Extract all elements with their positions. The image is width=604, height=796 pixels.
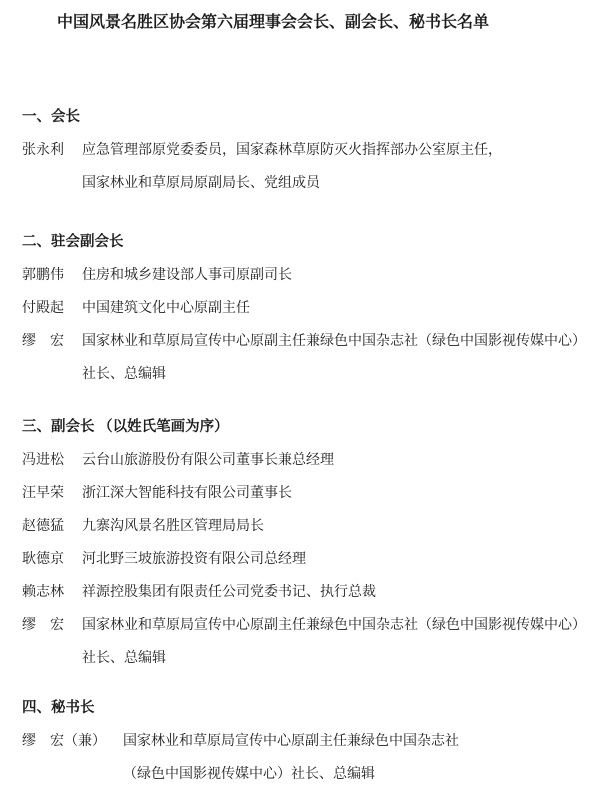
person-name: 缪 宏 xyxy=(22,325,82,391)
position-line: 社长、总编辑 xyxy=(82,642,586,675)
person-position: 祥源控股集团有限责任公司党委书记、执行总裁 xyxy=(82,576,376,609)
position-line: 祥源控股集团有限责任公司党委书记、执行总裁 xyxy=(82,576,376,609)
position-line: 国家林业和草原局宣传中心原副主任兼绿色中国杂志社 xyxy=(123,725,459,758)
section-vice-presidents: 三、副会长 （以姓氏笔画为序） 冯进松 云台山旅游股份有限公司董事长兼总经理 汪… xyxy=(22,411,577,675)
person-name: 赖志林 xyxy=(22,576,82,609)
section-vice-presidents-heading: 三、副会长 （以姓氏笔画为序） xyxy=(22,411,577,444)
entry-row: 赵德猛 九寨沟风景名胜区管理局局长 xyxy=(22,510,577,543)
person-name: 缪 宏 xyxy=(22,609,82,675)
position-line: 应急管理部原党委委员，国家森林草原防灭火指挥部办公室原主任， xyxy=(82,134,502,167)
position-line: 浙江深大智能科技有限公司董事长 xyxy=(82,477,292,510)
person-position: 河北野三坡旅游投资有限公司总经理 xyxy=(82,543,306,576)
section-president-heading: 一、会长 xyxy=(22,101,577,134)
person-position: 云台山旅游股份有限公司董事长兼总经理 xyxy=(82,444,334,477)
position-line: 河北野三坡旅游投资有限公司总经理 xyxy=(82,543,306,576)
entry-row: 汪早荣 浙江深大智能科技有限公司董事长 xyxy=(22,477,577,510)
position-line: 中国建筑文化中心原副主任 xyxy=(82,292,250,325)
person-name: 付殿起 xyxy=(22,292,82,325)
person-name: 冯进松 xyxy=(22,444,82,477)
entry-row: 缪 宏 国家林业和草原局宣传中心原副主任兼绿色中国杂志社（绿色中国影视传媒中心）… xyxy=(22,609,577,675)
entry-row: 付殿起 中国建筑文化中心原副主任 xyxy=(22,292,577,325)
person-position: 住房和城乡建设部人事司原副司长 xyxy=(82,259,292,292)
entry-row: 郭鹏伟 住房和城乡建设部人事司原副司长 xyxy=(22,259,577,292)
document-page: 中国风景名胜区协会第六届理事会会长、副会长、秘书长名单 一、会长 张永利 应急管… xyxy=(0,0,604,791)
person-position: 国家林业和草原局宣传中心原副主任兼绿色中国杂志社（绿色中国影视传媒中心） 社长、… xyxy=(82,325,586,391)
entry-row: 张永利 应急管理部原党委委员，国家森林草原防灭火指挥部办公室原主任， 国家林业和… xyxy=(22,134,577,200)
entry-row: 缪 宏（兼） 国家林业和草原局宣传中心原副主任兼绿色中国杂志社 （绿色中国影视传… xyxy=(22,725,577,791)
person-name: 缪 宏（兼） xyxy=(22,725,123,791)
person-position: 应急管理部原党委委员，国家森林草原防灭火指挥部办公室原主任， 国家林业和草原局原… xyxy=(82,134,502,200)
document-title: 中国风景名胜区协会第六届理事会会长、副会长、秘书长名单 xyxy=(22,6,524,39)
position-line: 住房和城乡建设部人事司原副司长 xyxy=(82,259,292,292)
entry-row: 缪 宏 国家林业和草原局宣传中心原副主任兼绿色中国杂志社（绿色中国影视传媒中心）… xyxy=(22,325,577,391)
person-name: 赵德猛 xyxy=(22,510,82,543)
person-position: 浙江深大智能科技有限公司董事长 xyxy=(82,477,292,510)
person-name: 张永利 xyxy=(22,134,82,200)
person-position: 国家林业和草原局宣传中心原副主任兼绿色中国杂志社（绿色中国影视传媒中心） 社长、… xyxy=(82,609,586,675)
position-line: 云台山旅游股份有限公司董事长兼总经理 xyxy=(82,444,334,477)
entry-row: 冯进松 云台山旅游股份有限公司董事长兼总经理 xyxy=(22,444,577,477)
position-line: 社长、总编辑 xyxy=(82,358,586,391)
section-resident-vice-presidents-heading: 二、驻会副会长 xyxy=(22,226,577,259)
position-line: 国家林业和草原局宣传中心原副主任兼绿色中国杂志社（绿色中国影视传媒中心） xyxy=(82,325,586,358)
person-position: 国家林业和草原局宣传中心原副主任兼绿色中国杂志社 （绿色中国影视传媒中心）社长、… xyxy=(123,725,459,791)
position-line: （绿色中国影视传媒中心）社长、总编辑 xyxy=(123,758,459,791)
section-secretary-general-heading: 四、秘书长 xyxy=(22,692,577,725)
person-name: 耿德京 xyxy=(22,543,82,576)
person-position: 中国建筑文化中心原副主任 xyxy=(82,292,250,325)
section-resident-vice-presidents: 二、驻会副会长 郭鹏伟 住房和城乡建设部人事司原副司长 付殿起 中国建筑文化中心… xyxy=(22,226,577,391)
section-president: 一、会长 张永利 应急管理部原党委委员，国家森林草原防灭火指挥部办公室原主任， … xyxy=(22,101,577,200)
position-line: 国家林业和草原局宣传中心原副主任兼绿色中国杂志社（绿色中国影视传媒中心） xyxy=(82,609,586,642)
entry-row: 赖志林 祥源控股集团有限责任公司党委书记、执行总裁 xyxy=(22,576,577,609)
position-line: 国家林业和草原局原副局长、党组成员 xyxy=(82,167,502,200)
position-line: 九寨沟风景名胜区管理局局长 xyxy=(82,510,264,543)
person-name: 汪早荣 xyxy=(22,477,82,510)
person-name: 郭鹏伟 xyxy=(22,259,82,292)
person-position: 九寨沟风景名胜区管理局局长 xyxy=(82,510,264,543)
section-secretary-general: 四、秘书长 缪 宏（兼） 国家林业和草原局宣传中心原副主任兼绿色中国杂志社 （绿… xyxy=(22,692,577,791)
entry-row: 耿德京 河北野三坡旅游投资有限公司总经理 xyxy=(22,543,577,576)
